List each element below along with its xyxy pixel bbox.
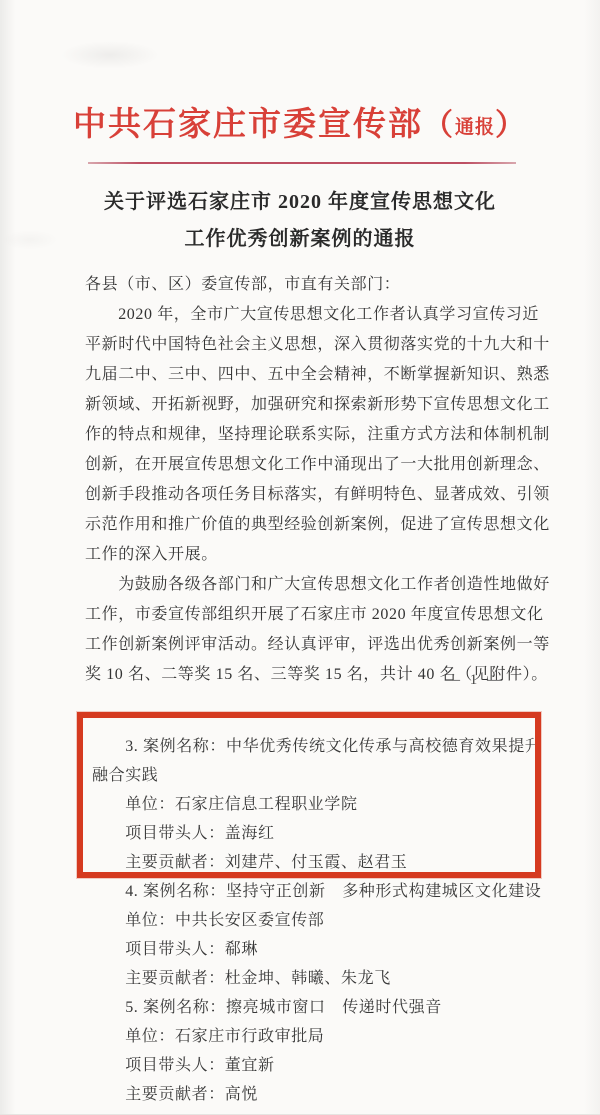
document-title-line-1: 关于评选石家庄市 2020 年度宣传思想文化 xyxy=(0,184,600,221)
document-title: 关于评选石家庄市 2020 年度宣传思想文化 工作优秀创新案例的通报 xyxy=(0,184,600,258)
case-5-unit: 单位：石家庄市行政审批局 xyxy=(92,1022,562,1051)
body-line: 工作的深入开展。 xyxy=(85,540,533,570)
body-line: 作的特点和规律，坚持理论联系实际，注重方式方法和体制机制 xyxy=(85,420,533,450)
header-doc-type: 通报 xyxy=(455,117,495,138)
document-body: 各县（市、区）委宣传部，市直有关部门： 2020 年，全市广大宣传思想文化工作者… xyxy=(85,270,533,690)
body-line: 创新手段推动各项任务目标落实，有鲜明特色、显著成效、引领 xyxy=(85,480,533,510)
case-4-name-line: 4. 案例名称：坚持守正创新 多种形式构建城区文化建设 xyxy=(92,877,562,906)
red-highlight-box xyxy=(77,712,541,878)
body-line: 示范作用和推广价值的典型经验创新案例，促进了宣传思想文化 xyxy=(85,510,533,540)
body-line: 工作创新案例评审活动。经认真评审，评选出优秀创新案例一等 xyxy=(85,630,533,660)
case-4-leader: 项目带头人：郗琳 xyxy=(92,935,562,964)
header-paren-right: ） xyxy=(495,109,527,142)
body-line: 平新时代中国特色社会主义思想，深入贯彻落实党的十九大和十 xyxy=(85,330,533,360)
body-line-salutation: 各县（市、区）委宣传部，市直有关部门： xyxy=(85,270,533,300)
page-number: — 1 — xyxy=(0,672,505,689)
body-line: 新领域、开拓新视野，加强研究和探索新形势下宣传思想文化工 xyxy=(85,390,533,420)
body-line: 2020 年，全市广大宣传思想文化工作者认真学习宣传习近 xyxy=(85,300,533,330)
scanned-document: 中共石家庄市委宣传部（通报） 关于评选石家庄市 2020 年度宣传思想文化 工作… xyxy=(0,0,600,1115)
case-4-unit: 单位：中共长安区委宣传部 xyxy=(92,906,562,935)
document-header: 中共石家庄市委宣传部（通报） xyxy=(0,98,600,145)
body-line: 创新，在开展宣传思想文化工作中涌现出了一大批用创新理念、 xyxy=(85,450,533,480)
case-5-leader: 项目带头人：董宜新 xyxy=(92,1051,562,1080)
header-divider-rule xyxy=(88,162,516,164)
body-line: 为鼓励各级各部门和广大宣传思想文化工作者创造性地做好 xyxy=(85,570,533,600)
header-org-name: 中共石家庄市委宣传部 xyxy=(73,107,423,143)
document-title-line-2: 工作优秀创新案例的通报 xyxy=(0,221,600,258)
case-4-contributors: 主要贡献者：杜金坤、韩曦、朱龙飞 xyxy=(92,964,562,993)
case-5-contributors: 主要贡献者：高悦 xyxy=(92,1080,562,1109)
body-line: 工作，市委宣传部组织开展了石家庄市 2020 年度宣传思想文化 xyxy=(85,600,533,630)
body-line: 九届二中、三中、四中、五中全会精神，不断掌握新知识、熟悉 xyxy=(85,360,533,390)
header-paren-left: （ xyxy=(423,109,455,142)
case-5-name-line: 5. 案例名称：擦亮城市窗口 传递时代强音 xyxy=(92,993,562,1022)
